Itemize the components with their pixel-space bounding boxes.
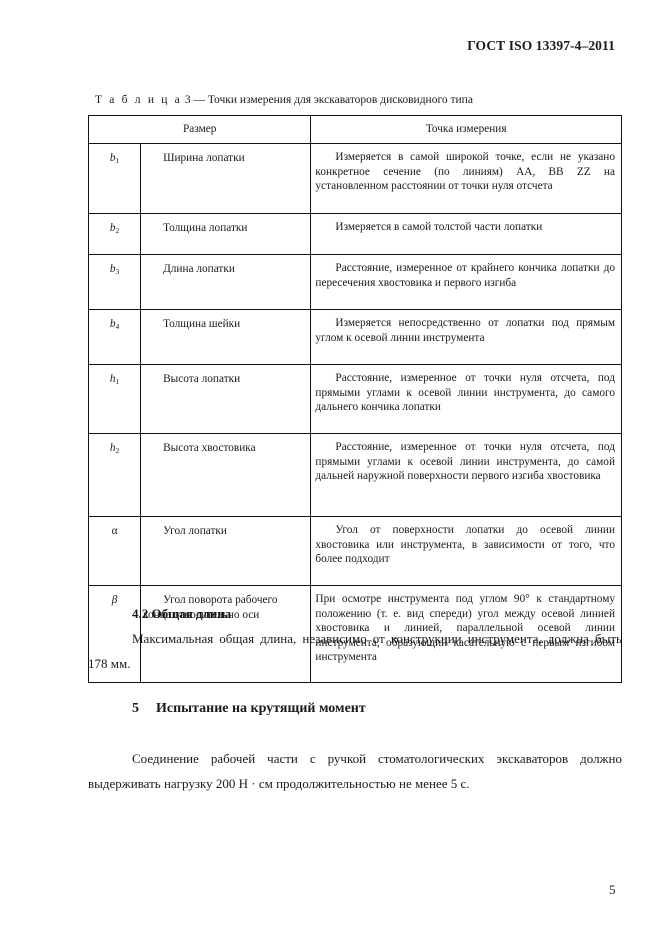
row-measurement-point: Угол от поверхности лопатки до осевой ли… (311, 517, 622, 586)
row-name: Высота хвостовика (141, 434, 311, 517)
table-row: h2 Высота хвостовика Расстояние, измерен… (89, 434, 622, 517)
table-caption: Т а б л и ц а 3 — Точки измерения для эк… (95, 94, 473, 106)
table-caption-title: 3 — Точки измерения для экскаваторов дис… (182, 94, 473, 106)
row-symbol: b4 (89, 310, 141, 365)
row-measurement-point: Расстояние, измеренное от крайнего кончи… (311, 255, 622, 310)
column-header-measurement-point: Точка измерения (311, 116, 622, 144)
section-5-title: Испытание на крутящий момент (156, 701, 366, 716)
row-measurement-point: Измеряется в самой толстой части лопатки (311, 214, 622, 255)
table-caption-label: Т а б л и ц а (95, 94, 182, 106)
row-measurement-point: Расстояние, измеренное от точки нуля отс… (311, 434, 622, 517)
row-name: Ширина лопатки (141, 144, 311, 214)
table-row: α Угол лопатки Угол от поверхности лопат… (89, 517, 622, 586)
row-measurement-point: Измеряется непосредственно от лопатки по… (311, 310, 622, 365)
section-5-heading: 5Испытание на крутящий момент (132, 701, 366, 717)
column-header-size: Размер (89, 116, 311, 144)
row-name: Длина лопатки (141, 255, 311, 310)
section-5-text: Соединение рабочей части с ручкой стомат… (88, 746, 622, 796)
row-name: Высота лопатки (141, 365, 311, 434)
row-symbol: α (89, 517, 141, 586)
table-row: b4 Толщина шейки Измеряется непосредстве… (89, 310, 622, 365)
table-row: b1 Ширина лопатки Измеряется в самой шир… (89, 144, 622, 214)
row-measurement-point: Измеряется в самой широкой точке, если н… (311, 144, 622, 214)
standard-code-header: ГОСТ ISO 13397-4–2011 (467, 38, 615, 54)
table-row: h1 Высота лопатки Расстояние, измеренное… (89, 365, 622, 434)
table-row: b2 Толщина лопатки Измеряется в самой то… (89, 214, 622, 255)
section-5-number: 5 (132, 701, 156, 717)
row-symbol: h2 (89, 434, 141, 517)
row-name: Толщина шейки (141, 310, 311, 365)
row-symbol: b1 (89, 144, 141, 214)
row-symbol: b3 (89, 255, 141, 310)
row-measurement-point: Расстояние, измеренное от точки нуля отс… (311, 365, 622, 434)
table-row: b3 Длина лопатки Расстояние, измеренное … (89, 255, 622, 310)
section-4-2-heading: 4.2 Общая длина (132, 606, 231, 622)
row-symbol: h1 (89, 365, 141, 434)
row-symbol: b2 (89, 214, 141, 255)
page-number: 5 (609, 882, 616, 898)
measurement-points-table: Размер Точка измерения b1 Ширина лопатки… (88, 115, 622, 683)
section-4-2-text: Максимальная общая длина, независимо от … (88, 626, 622, 676)
row-name: Толщина лопатки (141, 214, 311, 255)
row-name: Угол лопатки (141, 517, 311, 586)
table-header-row: Размер Точка измерения (89, 116, 622, 144)
